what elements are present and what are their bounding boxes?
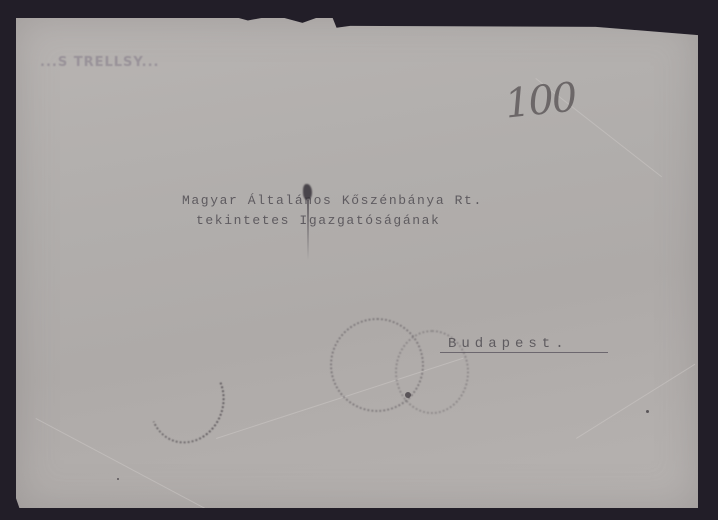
pencil-annotation: 100 (503, 74, 578, 127)
postmark-stamp (395, 330, 469, 414)
address-line-2: tekintetes Igazgatóságának (196, 213, 440, 228)
paper-crease (576, 364, 695, 439)
ink-speck (405, 392, 411, 398)
ink-speck (117, 478, 119, 480)
address-city: Budapest. (448, 336, 569, 352)
address-line-1: Magyar Általános Kőszénbánya Rt. (182, 193, 483, 208)
ink-speck (646, 410, 649, 413)
ink-blot (303, 184, 312, 200)
faded-letterhead: ...S TRELLSY... (40, 55, 159, 70)
envelope (16, 18, 698, 508)
ink-smear (307, 200, 309, 260)
